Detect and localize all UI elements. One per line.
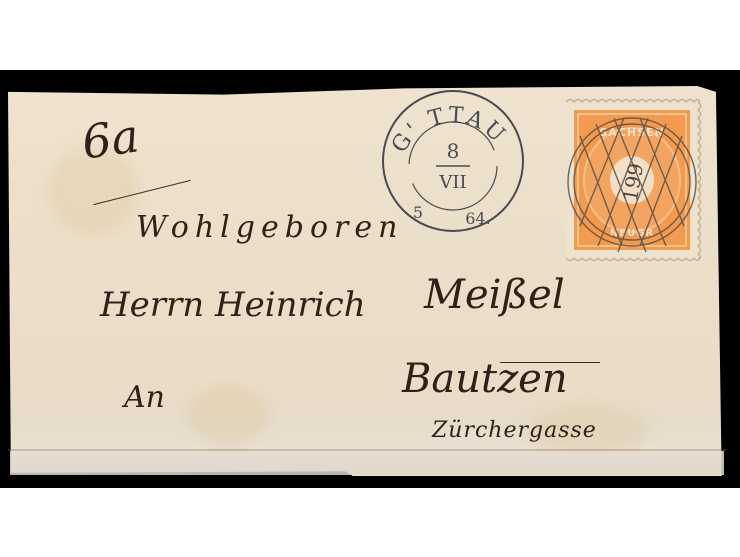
city-overline bbox=[500, 362, 600, 363]
postmark-year: 64. bbox=[465, 209, 490, 228]
postmark-day: 8 bbox=[447, 139, 460, 163]
handwritten-salutation: Wohlgeboren bbox=[136, 210, 403, 245]
postmark-hour: 5 bbox=[413, 203, 423, 222]
handwritten-recipient-surname: Meißel bbox=[424, 272, 565, 318]
envelope-lower-flap bbox=[10, 451, 724, 475]
stamp-graphic: SACHSEN NEUGR 199 bbox=[562, 96, 704, 264]
paper-stain bbox=[188, 386, 268, 446]
handwritten-recipient-title: Herrn Heinrich bbox=[100, 285, 366, 325]
fold-line bbox=[8, 449, 726, 451]
handwritten-via: An bbox=[124, 380, 165, 415]
postmark-month: VII bbox=[438, 172, 466, 193]
postage-stamp: SACHSEN NEUGR 199 bbox=[562, 96, 704, 264]
handwritten-rate-mark: 6a bbox=[79, 108, 143, 169]
handwritten-street: Zürchergasse bbox=[432, 418, 597, 443]
